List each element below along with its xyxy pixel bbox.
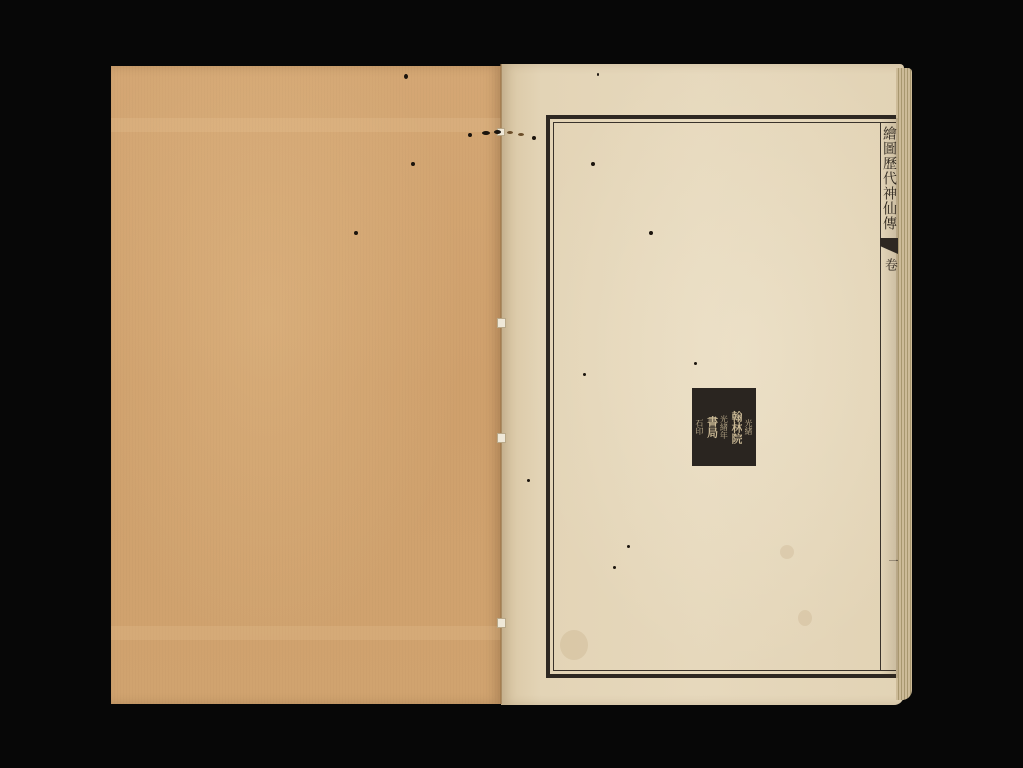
wormhole <box>527 479 530 482</box>
book-photo: 繪圖歷代神仙傳 卷 一 光緒 翰林院 光緒年 書局 石印 <box>0 0 1023 768</box>
wormhole <box>482 131 490 135</box>
page-number-mark: 一 <box>880 556 898 582</box>
wormhole <box>518 133 524 136</box>
book-title-vertical: 繪圖歷代神仙傳 <box>880 126 898 236</box>
binding-stitch <box>497 618 506 628</box>
left-page <box>111 66 501 704</box>
wormhole <box>411 162 415 166</box>
wormhole <box>597 73 599 76</box>
wormhole <box>354 231 358 235</box>
seal-text: 書局 <box>706 391 718 463</box>
wormhole <box>507 131 513 134</box>
paper-texture-band <box>111 626 501 640</box>
wormhole <box>494 130 501 134</box>
wormhole <box>532 136 536 140</box>
binding-stitch <box>497 433 506 443</box>
volume-label: 卷 <box>880 258 898 298</box>
seal-text: 光緒年 <box>720 391 729 463</box>
wormhole <box>404 74 408 79</box>
publisher-seal: 光緒 翰林院 光緒年 書局 石印 <box>692 388 756 466</box>
seal-text: 翰林院 <box>730 391 742 463</box>
paper-texture-band <box>111 118 501 132</box>
book-spine-fold <box>500 64 502 704</box>
seal-text: 石印 <box>695 391 704 463</box>
binding-stitch <box>497 318 506 328</box>
seal-text: 光緒 <box>744 391 753 463</box>
stacked-page-edges <box>896 68 912 700</box>
wormhole <box>468 133 472 137</box>
